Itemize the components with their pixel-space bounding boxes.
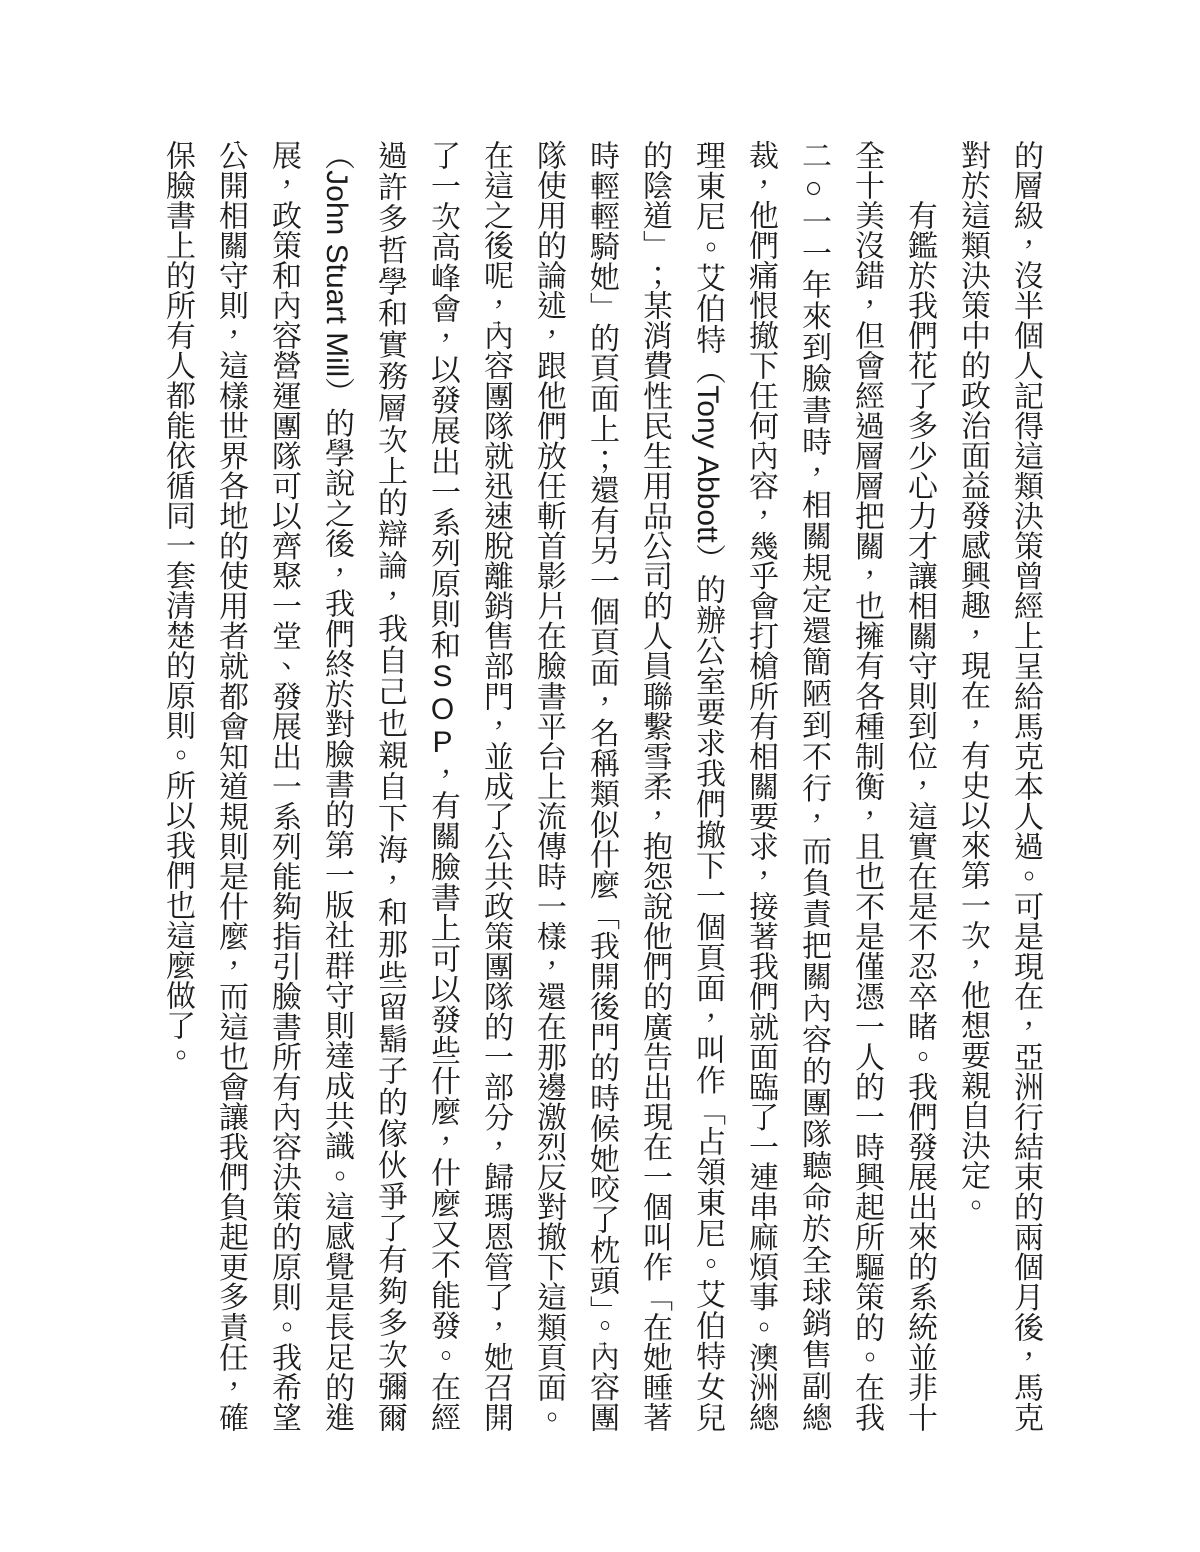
paragraph-continuation: 的層級，沒半個人記得這類決策曾經上呈給馬克本人過。可是現在，亞洲行結束的兩個月後… <box>946 140 1052 1432</box>
paragraph-main-run-2: ，有關臉書上可以發些什麼，什麼又不能發。在經過許多哲學和實務層次上的辯論，我自己… <box>161 140 459 1432</box>
paragraph-main: 有鑑於我們花了多少心力才讓相關守則到位，這實在是不忍卒睹。我們發展出來的系統並非… <box>151 140 946 1432</box>
paragraph-main-run-1: 有鑑於我們花了多少心力才讓相關守則到位，這實在是不忍卒睹。我們發展出來的系統並非… <box>426 140 936 1432</box>
vertical-text-block: 的層級，沒半個人記得這類決策曾經上呈給馬克本人過。可是現在，亞洲行結束的兩個月後… <box>151 140 1052 1432</box>
book-page: 的層級，沒半個人記得這類決策曾經上呈給馬克本人過。可是現在，亞洲行結束的兩個月後… <box>0 0 1200 1552</box>
latin-acronym-sop: SOP <box>426 660 459 759</box>
